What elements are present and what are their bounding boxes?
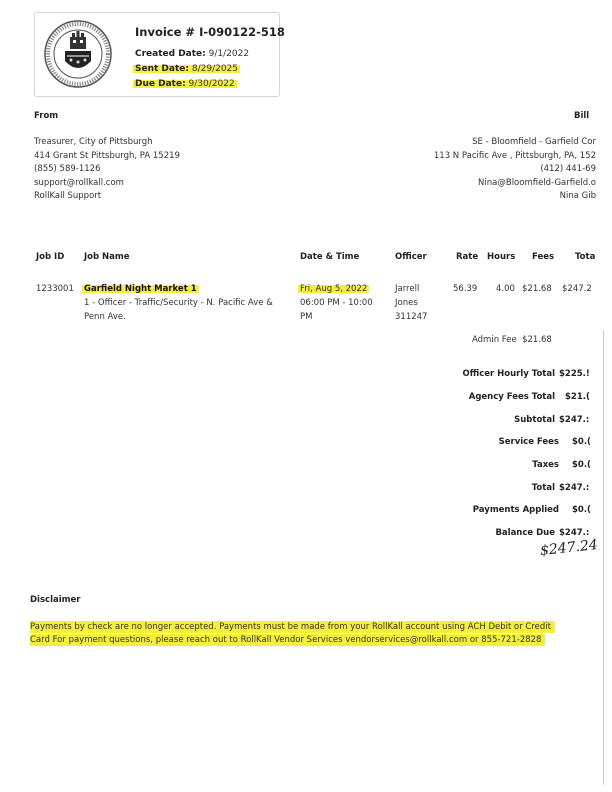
sent-date-value: 8/29/2025 xyxy=(192,64,238,74)
col-officer: Officer xyxy=(395,252,427,262)
summary-value: $0.( xyxy=(572,505,591,515)
admin-fee-label: Admin Fee xyxy=(472,335,517,345)
page-edge-divider xyxy=(603,330,604,785)
fees-value: $21.68 xyxy=(522,282,552,296)
job-name: Garfield Night Market 1 xyxy=(84,282,199,296)
officer-id: 311247 xyxy=(395,310,427,324)
sent-date: Sent Date: 8/29/2025 xyxy=(135,64,240,74)
admin-fee-value: $21.68 xyxy=(522,335,552,345)
disclaimer-line-1: Payments by check are no longer accepted… xyxy=(30,621,555,633)
summary-value: $0.( xyxy=(572,460,591,470)
job-date: Fri, Aug 5, 2022 xyxy=(300,282,369,296)
col-total: Tota xyxy=(575,252,595,262)
col-fees: Fees xyxy=(532,252,554,262)
summary-label: Subtotal xyxy=(514,415,555,425)
summary-label: Service Fees xyxy=(499,437,559,447)
from-label: From xyxy=(34,111,58,121)
summary-value: $247.: xyxy=(559,415,589,425)
city-seal-icon xyxy=(43,19,113,89)
summary-label: Balance Due xyxy=(495,528,555,538)
from-email: support@rollkall.com xyxy=(34,177,180,191)
from-line: (855) 589-1126 xyxy=(34,163,180,177)
col-hours: Hours xyxy=(487,252,515,262)
summary-value: $21.( xyxy=(565,392,590,402)
disclaimer-line-2: Card For payment questions, please reach… xyxy=(30,634,545,646)
invoice-number: Invoice # I-090122-518 xyxy=(135,25,285,39)
from-line: RollKall Support xyxy=(34,190,180,204)
from-address: Treasurer, City of Pittsburgh 414 Grant … xyxy=(34,136,180,204)
col-date-time: Date & Time xyxy=(300,252,359,262)
job-desc-1: 1 - Officer - Traffic/Security - N. Paci… xyxy=(84,296,273,310)
total-value: $247.2 xyxy=(562,282,592,296)
created-date-value: 9/1/2022 xyxy=(209,49,249,59)
invoice-header-card: Invoice # I-090122-518 Created Date: 9/1… xyxy=(34,12,280,97)
job-time-2: PM xyxy=(300,310,312,324)
summary-value: $247.: xyxy=(559,528,589,538)
summary-value: $225.! xyxy=(559,369,590,379)
summary-value: $247.: xyxy=(559,483,589,493)
summary-label: Taxes xyxy=(532,460,559,470)
bill-to-email: Nina@Bloomfield-Garfield.o xyxy=(434,177,596,191)
due-date-value: 9/30/2022 xyxy=(189,79,235,89)
summary-label: Total xyxy=(532,483,555,493)
disclaimer-text: Payments by check are no longer accepted… xyxy=(30,621,610,647)
due-date: Due Date: 9/30/2022 xyxy=(135,79,237,89)
bill-to-line: 113 N Pacific Ave , Pittsburgh, PA, 152 xyxy=(434,150,596,164)
job-id: 1233001 xyxy=(36,282,74,296)
job-desc-2: Penn Ave. xyxy=(84,310,126,324)
job-date-value: Fri, Aug 5, 2022 xyxy=(298,284,369,294)
bill-to-line: Nina Gib xyxy=(434,190,596,204)
sent-date-label: Sent Date: xyxy=(135,64,189,74)
officer-first: Jarrell xyxy=(395,282,419,296)
handwritten-amount: $247.24 xyxy=(539,537,598,559)
due-date-label: Due Date: xyxy=(135,79,186,89)
col-job-name: Job Name xyxy=(84,252,130,262)
bill-to-line: (412) 441-69 xyxy=(434,163,596,177)
officer-last: Jones xyxy=(395,296,418,310)
summary-label: Officer Hourly Total xyxy=(463,369,556,379)
created-date-label: Created Date: xyxy=(135,49,206,59)
summary-label: Payments Applied xyxy=(473,505,559,515)
hours-value: 4.00 xyxy=(496,282,515,296)
job-name-title: Garfield Night Market 1 xyxy=(82,284,199,294)
from-line: Treasurer, City of Pittsburgh xyxy=(34,136,180,150)
admin-fee: Admin Fee $21.68 xyxy=(472,333,552,347)
col-rate: Rate xyxy=(456,252,478,262)
job-time-1: 06:00 PM - 10:00 xyxy=(300,296,373,310)
created-date: Created Date: 9/1/2022 xyxy=(135,49,249,59)
col-job-id: Job ID xyxy=(36,252,64,262)
summary-value: $0.( xyxy=(572,437,591,447)
disclaimer-label: Disclaimer xyxy=(30,595,80,605)
from-line: 414 Grant St Pittsburgh, PA 15219 xyxy=(34,150,180,164)
bill-to-address: SE - Bloomfield - Garfield Cor 113 N Pac… xyxy=(434,136,596,204)
rate-value: 56.39 xyxy=(453,282,477,296)
bill-to-line: SE - Bloomfield - Garfield Cor xyxy=(434,136,596,150)
bill-to-label: Bill xyxy=(574,111,589,121)
summary-label: Agency Fees Total xyxy=(469,392,555,402)
